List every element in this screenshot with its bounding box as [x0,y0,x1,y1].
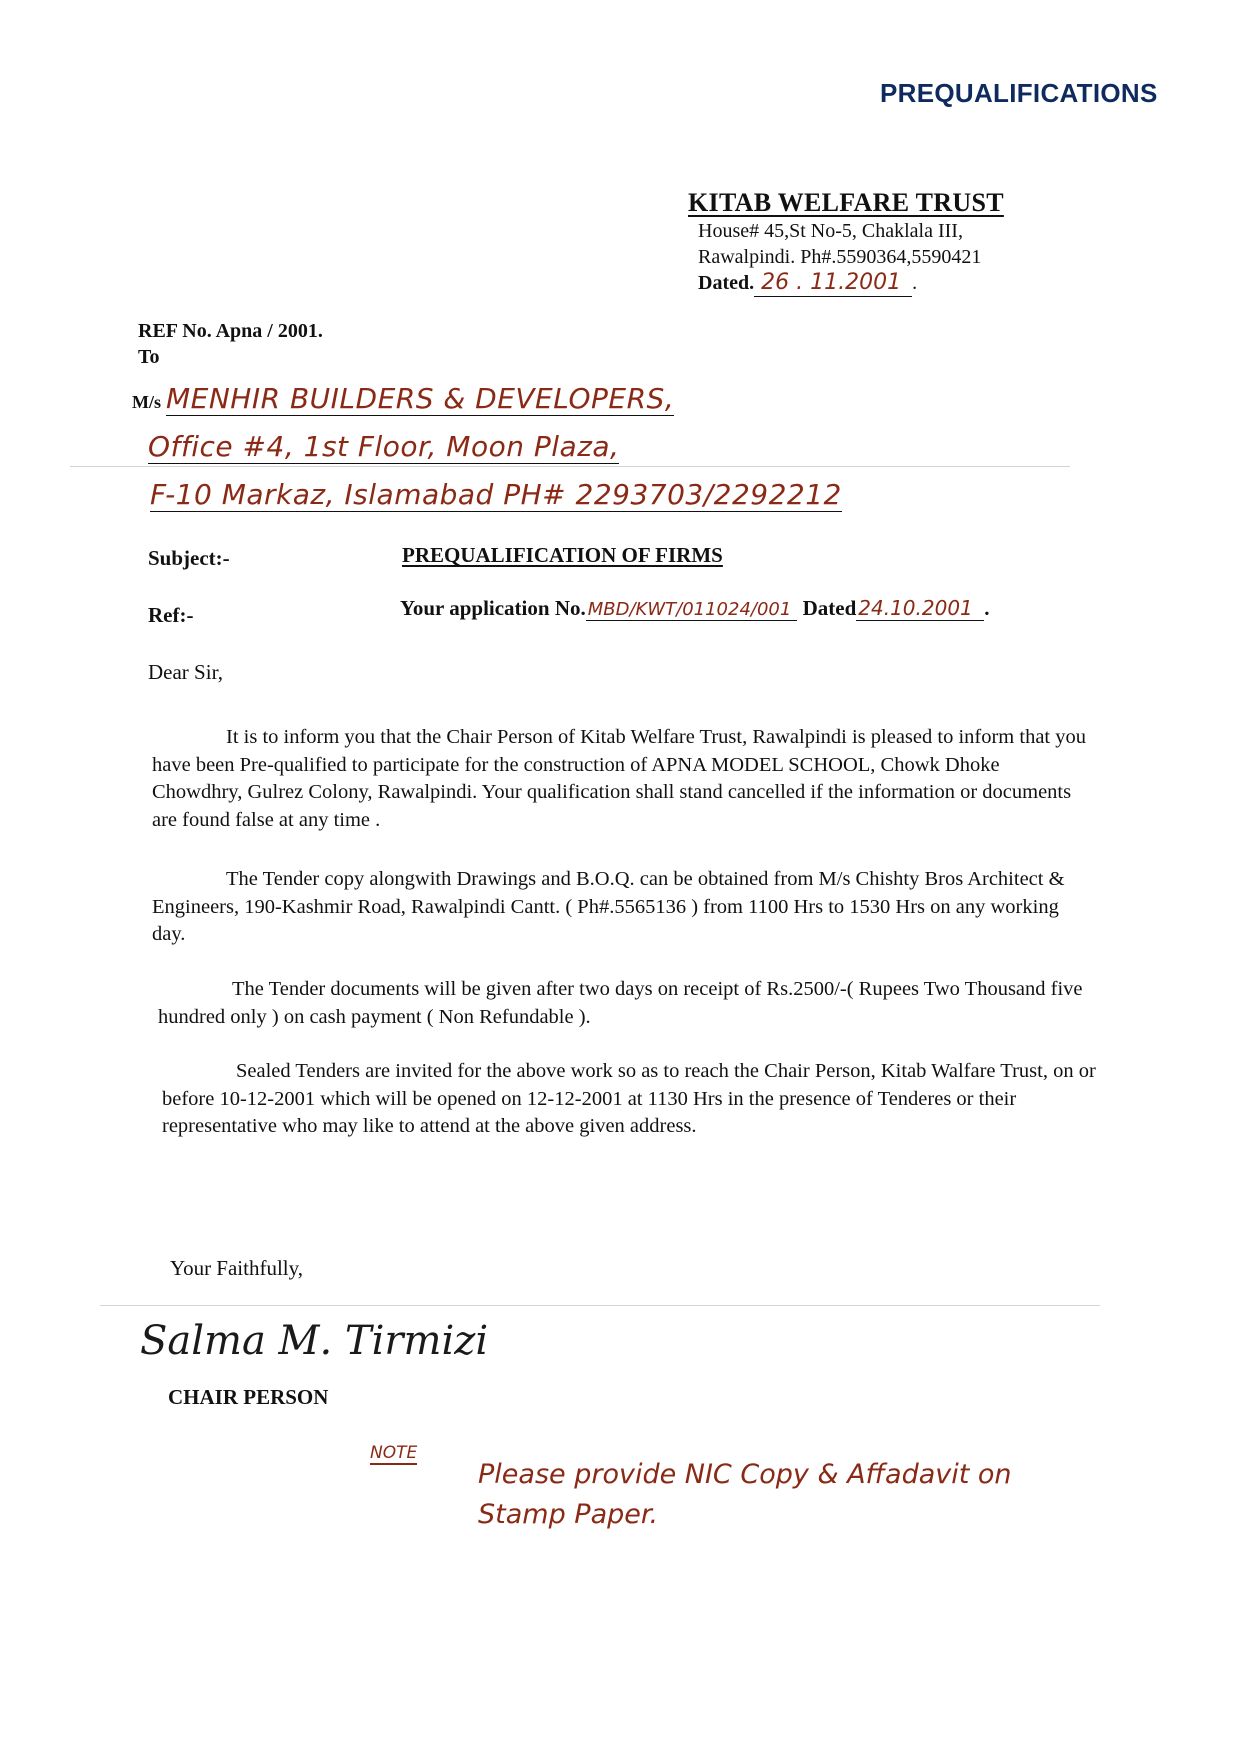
scan-artifact-line [100,1305,1100,1306]
body-paragraph-2: The Tender copy alongwith Drawings and B… [152,866,1087,949]
note-label-text: NOTE [370,1443,417,1465]
letter-date-suffix: . [912,272,917,294]
note-text: Please provide NIC Copy & Affadavit on S… [478,1455,1038,1535]
reference-number: REF No. Apna / 2001. [138,318,323,344]
valediction: Your Faithfully, [170,1256,303,1281]
reference-block: REF No. Apna / 2001. To [138,318,323,370]
organization-name: KITAB WELFARE TRUST [688,188,1028,218]
paragraph-text: The Tender documents will be given after… [158,978,1083,1028]
document-header-title: PREQUALIFICATIONS [880,78,1158,109]
application-label: Your application No. [400,596,586,620]
subject-value: PREQUALIFICATION OF FIRMS [402,543,723,568]
application-date: 24.10.2001 [856,596,984,621]
letter-date-value: 26 . 11.2001 [754,270,912,297]
application-number: MBD/KWT/011024/001 [586,599,798,621]
signatory-title: CHAIR PERSON [168,1385,328,1410]
body-paragraph-4: Sealed Tenders are invited for the above… [162,1058,1097,1141]
scan-artifact-line [70,466,1070,467]
recipient-address-line2: F-10 Markaz, Islamabad PH# 2293703/22922… [150,478,842,512]
body-paragraph-1: It is to inform you that the Chair Perso… [152,724,1087,834]
application-suffix: . [984,596,989,620]
application-reference: Your application No.MBD/KWT/011024/001 D… [400,596,990,621]
organization-address-line2: Rawalpindi. Ph#.5590364,5590421 [688,244,1028,270]
subject-label: Subject:- [148,546,230,571]
paragraph-text: Sealed Tenders are invited for the above… [162,1060,1096,1137]
letterhead: KITAB WELFARE TRUST House# 45,St No-5, C… [688,188,1028,297]
body-paragraph-3: The Tender documents will be given after… [158,976,1093,1031]
recipient-name: MENHIR BUILDERS & DEVELOPERS, [166,382,674,416]
signature: Salma M. Tirmizi [140,1318,488,1364]
ref-label: Ref:- [148,603,193,628]
paragraph-text: The Tender copy alongwith Drawings and B… [152,868,1065,945]
organization-address-line1: House# 45,St No-5, Chaklala III, [688,218,1028,244]
application-dated-label: Dated [803,596,857,620]
paragraph-text: It is to inform you that the Chair Perso… [152,726,1086,831]
note-label: NOTE [370,1443,417,1463]
greeting: Dear Sir, [148,660,223,685]
to-label: To [138,344,323,370]
letter-date-label: Dated. [698,272,754,294]
letter-date-row: Dated.26 . 11.2001. [688,270,1028,297]
recipient-prefix: M/s [132,392,161,412]
recipient-address-line1: Office #4, 1st Floor, Moon Plaza, [148,430,619,464]
